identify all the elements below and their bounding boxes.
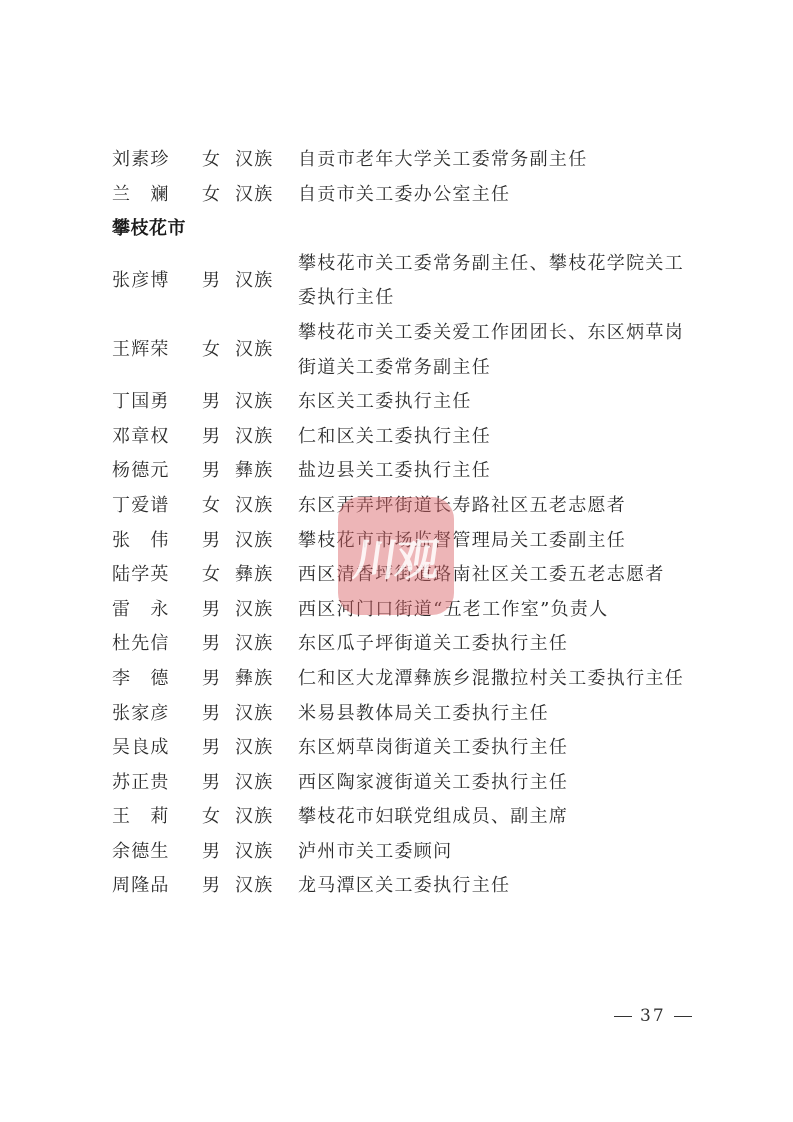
- person-ethnicity: 汉族: [235, 593, 298, 628]
- person-gender: 女: [202, 489, 235, 524]
- list-item: 兰 斓 女 汉族 自贡市关工委办公室主任: [112, 178, 692, 213]
- person-name: 邓章权: [112, 420, 202, 455]
- dash-right: [674, 1016, 692, 1018]
- person-ethnicity: 汉族: [235, 385, 298, 420]
- list-item: 余德生 男 汉族 泸州市关工委顾问: [112, 835, 692, 870]
- person-name: 丁国勇: [112, 385, 202, 420]
- person-gender: 女: [202, 800, 235, 835]
- person-name: 张 伟: [112, 524, 202, 559]
- person-ethnicity: 汉族: [235, 264, 298, 299]
- person-name: 张彦博: [112, 264, 202, 299]
- list-item: 邓章权 男 汉族 仁和区关工委执行主任: [112, 420, 692, 455]
- person-gender: 男: [202, 524, 235, 559]
- person-gender: 女: [202, 143, 235, 178]
- dash-left: [614, 1016, 632, 1018]
- person-ethnicity: 彝族: [235, 558, 298, 593]
- person-position: 泸州市关工委顾问: [298, 835, 684, 870]
- person-name: 杜先信: [112, 627, 202, 662]
- list-item: 吴良成 男 汉族 东区炳草岗街道关工委执行主任: [112, 731, 692, 766]
- person-ethnicity: 汉族: [235, 333, 298, 368]
- list-item: 王辉荣 女 汉族 攀枝花市关工委关爱工作团团长、东区炳草岗街道关工委常务副主任: [112, 316, 692, 385]
- person-gender: 男: [202, 420, 235, 455]
- person-gender: 男: [202, 593, 235, 628]
- person-ethnicity: 汉族: [235, 627, 298, 662]
- person-name: 周隆品: [112, 869, 202, 904]
- list-item: 丁国勇 男 汉族 东区关工委执行主任: [112, 385, 692, 420]
- list-item: 王 莉 女 汉族 攀枝花市妇联党组成员、副主席: [112, 800, 692, 835]
- list-item: 杜先信 男 汉族 东区瓜子坪街道关工委执行主任: [112, 627, 692, 662]
- person-name: 李 德: [112, 662, 202, 697]
- person-ethnicity: 汉族: [235, 489, 298, 524]
- watermark-logo: 川观: [338, 497, 454, 615]
- person-name: 丁爱谱: [112, 489, 202, 524]
- person-position: 东区炳草岗街道关工委执行主任: [298, 731, 684, 766]
- person-gender: 男: [202, 697, 235, 732]
- person-ethnicity: 汉族: [235, 731, 298, 766]
- person-position: 攀枝花市关工委常务副主任、攀枝花学院关工委执行主任: [298, 247, 684, 316]
- watermark-text: 川观: [350, 524, 443, 588]
- person-gender: 男: [202, 264, 235, 299]
- person-ethnicity: 汉族: [235, 697, 298, 732]
- person-position: 自贡市关工委办公室主任: [298, 178, 684, 213]
- person-gender: 女: [202, 558, 235, 593]
- person-gender: 女: [202, 178, 235, 213]
- page-number-value: 37: [640, 1006, 666, 1026]
- person-name: 王 莉: [112, 800, 202, 835]
- person-ethnicity: 汉族: [235, 835, 298, 870]
- person-ethnicity: 汉族: [235, 524, 298, 559]
- person-name: 余德生: [112, 835, 202, 870]
- person-name: 杨德元: [112, 454, 202, 489]
- list-item: 周隆品 男 汉族 龙马潭区关工委执行主任: [112, 869, 692, 904]
- person-position: 自贡市老年大学关工委常务副主任: [298, 143, 684, 178]
- person-ethnicity: 汉族: [235, 143, 298, 178]
- person-name: 陆学英: [112, 558, 202, 593]
- page-number: 37: [606, 1006, 700, 1026]
- person-ethnicity: 彝族: [235, 454, 298, 489]
- person-position: 攀枝花市关工委关爱工作团团长、东区炳草岗街道关工委常务副主任: [298, 316, 684, 385]
- person-name: 苏正贵: [112, 766, 202, 801]
- person-position: 仁和区大龙潭彝族乡混撒拉村关工委执行主任: [298, 662, 684, 697]
- person-gender: 男: [202, 385, 235, 420]
- person-gender: 男: [202, 662, 235, 697]
- person-name: 兰 斓: [112, 178, 202, 213]
- person-ethnicity: 汉族: [235, 766, 298, 801]
- list-item: 刘素珍 女 汉族 自贡市老年大学关工委常务副主任: [112, 143, 692, 178]
- list-item: 李 德 男 彝族 仁和区大龙潭彝族乡混撒拉村关工委执行主任: [112, 662, 692, 697]
- person-name: 张家彦: [112, 697, 202, 732]
- person-position: 仁和区关工委执行主任: [298, 420, 684, 455]
- person-ethnicity: 彝族: [235, 662, 298, 697]
- person-gender: 男: [202, 731, 235, 766]
- person-position: 攀枝花市妇联党组成员、副主席: [298, 800, 684, 835]
- person-gender: 男: [202, 454, 235, 489]
- person-position: 东区瓜子坪街道关工委执行主任: [298, 627, 684, 662]
- list-item: 张彦博 男 汉族 攀枝花市关工委常务副主任、攀枝花学院关工委执行主任: [112, 247, 692, 316]
- person-gender: 男: [202, 869, 235, 904]
- person-ethnicity: 汉族: [235, 869, 298, 904]
- list-item: 杨德元 男 彝族 盐边县关工委执行主任: [112, 454, 692, 489]
- person-ethnicity: 汉族: [235, 178, 298, 213]
- person-position: 龙马潭区关工委执行主任: [298, 869, 684, 904]
- person-name: 雷 永: [112, 593, 202, 628]
- person-gender: 男: [202, 835, 235, 870]
- person-ethnicity: 汉族: [235, 800, 298, 835]
- person-gender: 女: [202, 333, 235, 368]
- person-position: 盐边县关工委执行主任: [298, 454, 684, 489]
- section-heading: 攀枝花市: [112, 212, 692, 247]
- document-page: 刘素珍 女 汉族 自贡市老年大学关工委常务副主任 兰 斓 女 汉族 自贡市关工委…: [0, 0, 793, 1122]
- person-name: 吴良成: [112, 731, 202, 766]
- person-position: 米易县教体局关工委执行主任: [298, 697, 684, 732]
- person-ethnicity: 汉族: [235, 420, 298, 455]
- person-position: 西区陶家渡街道关工委执行主任: [298, 766, 684, 801]
- list-item: 张家彦 男 汉族 米易县教体局关工委执行主任: [112, 697, 692, 732]
- person-name: 刘素珍: [112, 143, 202, 178]
- person-gender: 男: [202, 766, 235, 801]
- person-name: 王辉荣: [112, 333, 202, 368]
- person-position: 东区关工委执行主任: [298, 385, 684, 420]
- list-item: 苏正贵 男 汉族 西区陶家渡街道关工委执行主任: [112, 766, 692, 801]
- person-gender: 男: [202, 627, 235, 662]
